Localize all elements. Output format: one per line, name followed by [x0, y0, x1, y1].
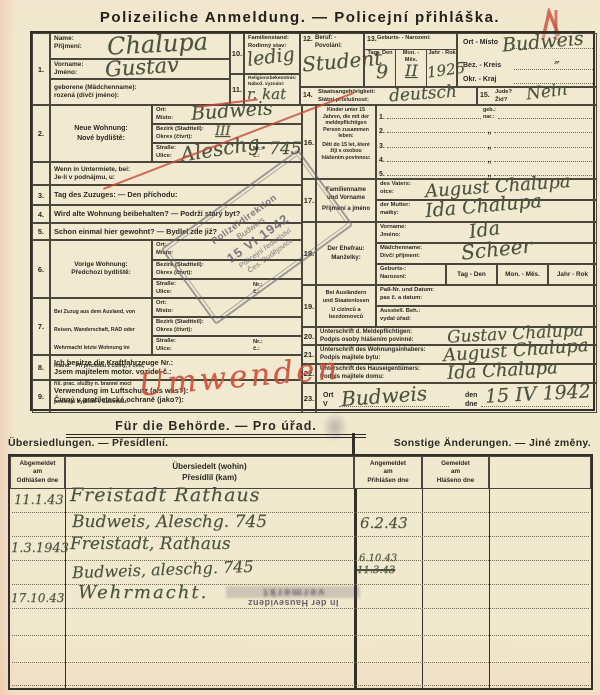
handwriting-ort: Budweis — [340, 383, 427, 409]
uebersiedlungen-label: Übersiedlungen. — Přesídlení. — [8, 437, 168, 449]
col-angemeldet-header: Angemeldet am Přihlášen dne — [354, 456, 422, 489]
ehefrau-jahr-cell: Jahr - Rok — [548, 264, 597, 285]
ehefrau-geburts-label: Geburts-: Narození: — [376, 264, 446, 285]
field-number-19: 19. — [302, 285, 316, 327]
field-number-2: 2. — [32, 105, 50, 162]
authority-section: Für die Behörde. — Pro úřad. Übersiedlun… — [8, 419, 593, 690]
hausevidenz-stamp: In der Hausevidenz vermerkt — [226, 586, 360, 608]
ausland-label: Bei Zuzug aus dem Ausland, von Reisen, W… — [50, 298, 152, 355]
familienstand-field: Familienstand: Rodinný stav: ledig — [244, 33, 300, 74]
child-row-1: 1. geb.: nar.: — [377, 107, 596, 121]
untermiete-number-cell — [32, 162, 50, 185]
neue-wohnung-strasse: Straße: Ulice: Aleschg. Nr.: č.: 745 — [152, 143, 302, 162]
ausland-strasse: Straße: Ulice: Nr.: č.: — [152, 336, 302, 355]
field-number-4: 4. — [32, 205, 50, 223]
geburtsort-field: Ort - Místo Budweis Bez. - Kreis Okr. - … — [457, 33, 597, 87]
handwriting-familienstand: ledig — [246, 45, 296, 70]
table-vline-3 — [422, 489, 423, 688]
relocation-table: Abgemeldet am Odhlášen dne Übersiedelt (… — [8, 454, 593, 690]
field-number-7: 7. — [32, 298, 50, 355]
table-vline-4 — [489, 489, 490, 688]
field-number-9: 9. — [32, 380, 50, 413]
geb-label: geb.: nar.: — [483, 107, 496, 121]
row3-abgemeldet: 1.3.1943 — [11, 542, 69, 555]
col-abgemeldet-header: Abgemeldet am Odhlášen dne — [10, 456, 65, 489]
geburts-monat-cell: Mon. - Měs. II — [395, 49, 427, 87]
col-gemeldet-header: Gemeldet am Hlášeno dne — [422, 456, 489, 489]
handwriting-geburtsmonat: II — [405, 63, 418, 79]
handwriting-vorname: Gustav — [104, 54, 179, 80]
row1-uebersiedelt: Freistadt Rathaus — [70, 486, 260, 505]
row4-uebersiedelt: Budweis, aleschg. 745 — [72, 559, 254, 581]
col-empty-header — [489, 456, 591, 489]
handwriting-kreis-ditto: ″ — [554, 60, 560, 75]
ink-smudge — [322, 412, 348, 442]
field-number-10: 10. — [230, 33, 244, 74]
field-number-3: 3. — [32, 185, 50, 205]
neue-wohnung-label: Neue Wohnung: Nové bydliště: — [50, 105, 152, 162]
child-row-4: 4. „ — [377, 150, 596, 164]
row2-angemeldet: 6.2.43 — [360, 516, 408, 531]
beruf-field: 12. Beruf: - Povolání: Student — [300, 33, 364, 87]
authority-title: Für die Behörde. — Pro úřad. — [66, 419, 366, 438]
row2-uebersiedelt: Budweis, Aleschg. 745 — [72, 514, 267, 531]
handwriting-jude: Nein — [525, 82, 568, 104]
section-divider — [352, 433, 355, 454]
kinder-label: Kinder unter 15 Jahren, die mit der meld… — [316, 105, 376, 179]
handwriting-staatsangehoerigkeit: deutsch — [388, 84, 457, 106]
row5-uebersiedelt: Wehrmacht. — [78, 584, 208, 602]
row4-angemeldet: 6.10.43 — [359, 554, 397, 564]
handwriting-datum: 15 IV 1942 — [485, 382, 592, 407]
auslaender-label: Bei Auslän­dern und Staatenlosen U cizin… — [316, 285, 376, 327]
row1-abgemeldet: 11.1.43 — [14, 494, 64, 507]
vorige-wohnung-label: Vorige Wohnung: Předchozí bydliště: — [50, 240, 152, 298]
maedchenname-field: Mädchenname: Dívčí příjmení: Scheer — [376, 243, 597, 264]
geburts-field: 13. Geburts- - Narození: Tag - Den 9 Mon… — [364, 33, 457, 87]
row4-angemeldet-struck: 11.3.43 — [357, 566, 395, 576]
field-number-5: 5. — [32, 223, 50, 240]
geburts-tag-cell: Tag - Den 9 — [364, 49, 396, 87]
ort-datum-field: Ort V Budweis den dne 15 IV 1942 — [316, 383, 597, 413]
field-number-8: 8. — [32, 355, 50, 380]
ehefrau-monat-cell: Mon. - Měs. — [497, 264, 548, 285]
unterschrift-hauseigentuemer: Unterschrift des Hauseigentümers: Podpis… — [316, 364, 597, 383]
table-vline-1 — [65, 489, 66, 688]
page-title: Polizeiliche Anmeldung. — Policejní přih… — [0, 9, 600, 26]
ehefrau-tag-cell: Tag - Den — [446, 264, 497, 285]
field-number-6: 6. — [32, 240, 50, 298]
pass-field: Paß-Nr. und Datum: pas č. a datum: — [376, 285, 597, 306]
scanned-registration-form: Polizeiliche Anmeldung. — Policejní přih… — [0, 0, 600, 695]
ausland-bezirk: Bezirk (Stadtteil): Okres (čtvrt): — [152, 317, 302, 336]
kinder-list: 1. geb.: nar.: 2. „ 3. „ 4. „ 5. „ — [376, 105, 597, 179]
row5-abgemeldet: 17.10.43 — [11, 592, 64, 604]
row3-uebersiedelt: Freistadt, Rathaus — [70, 536, 231, 553]
sonstige-label: Sonstige Änderungen. — Jiné změny. — [353, 437, 591, 449]
field-number-20: 20. — [302, 327, 316, 345]
child-row-2: 2. „ — [377, 121, 596, 135]
handwriting-geburtsort: Budweis — [501, 29, 584, 55]
handwriting-geburtstag: 9 — [376, 63, 388, 82]
vorname-field: Vorname: Jméno: Gustav — [50, 59, 230, 79]
jude-field: 15. Jude? Žid? Nein — [477, 87, 597, 105]
field-number-1: 1. — [32, 33, 50, 105]
child-row-3: 3. „ — [377, 135, 596, 149]
